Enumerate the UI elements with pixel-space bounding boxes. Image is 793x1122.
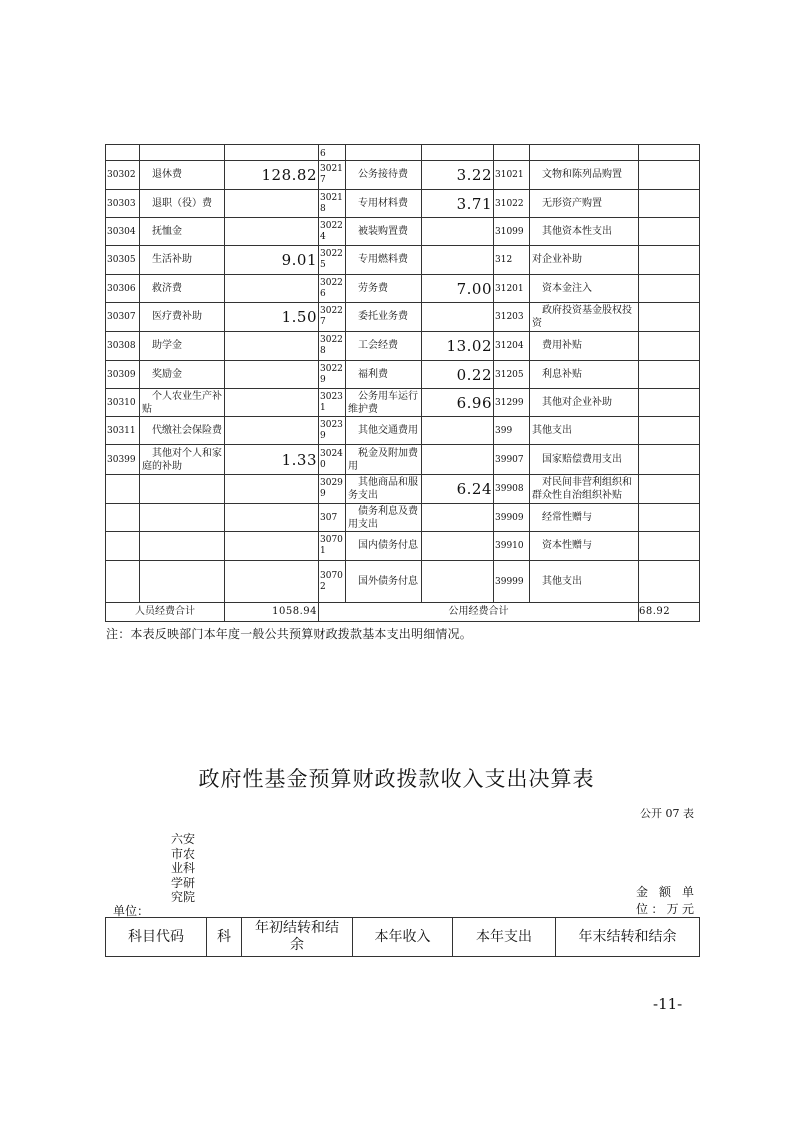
- table-row: 30399其他对个人和家庭的补助1.3330240税金及附加费用39907国家赔…: [106, 445, 700, 475]
- table-row-partial: 6: [106, 145, 700, 161]
- amount2-cell: [422, 445, 494, 475]
- name3-cell: 国家赔偿费用支出: [530, 445, 639, 475]
- table-row: 30303退职（役）费30218专用材料费3.7131022无形资产购置: [106, 190, 700, 218]
- name2-cell: 委托业务费: [346, 303, 422, 332]
- amount-cell: [225, 417, 319, 445]
- amount3-cell: [639, 332, 700, 361]
- table-row: 30702国外债务付息39999其他支出: [106, 561, 700, 603]
- name2-cell: 专用材料费: [346, 190, 422, 218]
- table-number: 公开 07 表: [640, 805, 694, 821]
- code-cell: 30305: [106, 246, 140, 275]
- amount2-cell: [422, 417, 494, 445]
- name-cell: 助学金: [140, 332, 225, 361]
- name3-cell: 无形资产购置: [530, 190, 639, 218]
- code3-cell: 39907: [494, 445, 530, 475]
- name2-cell: 被装购置费: [346, 218, 422, 246]
- code2-cell: 30218: [319, 190, 346, 218]
- unit-name: 六安市农业科学研究院: [171, 832, 199, 905]
- code2-cell: 30231: [319, 389, 346, 417]
- amount-cell: [225, 561, 319, 603]
- name2-cell: 公务用车运行维护费: [346, 389, 422, 417]
- code2-cell: 30224: [319, 218, 346, 246]
- amount3-cell: [639, 303, 700, 332]
- code2-cell: 307: [319, 504, 346, 532]
- public-total-label: 公用经费合计: [319, 603, 639, 622]
- code-cell: 30306: [106, 275, 140, 303]
- table-row: 307债务利息及费用支出39909经常性赠与: [106, 504, 700, 532]
- header-cell: 科目代码: [106, 918, 207, 957]
- amount3-cell: [639, 190, 700, 218]
- name3-cell: 其他对企业补助: [530, 389, 639, 417]
- amount-cell: [225, 389, 319, 417]
- code3-cell: 31204: [494, 332, 530, 361]
- name-cell: 救济费: [140, 275, 225, 303]
- amount3-cell: [639, 246, 700, 275]
- code-cell: 30307: [106, 303, 140, 332]
- amount-cell: [225, 332, 319, 361]
- code-cell: [106, 561, 140, 603]
- code3-cell: 31299: [494, 389, 530, 417]
- name2-cell: 国外债务付息: [346, 561, 422, 603]
- amount2-cell: 13.02: [422, 332, 494, 361]
- amount3-cell: [639, 417, 700, 445]
- code-cell: 30309: [106, 361, 140, 389]
- header-cell: 本年支出: [453, 918, 556, 957]
- name3-cell: 对民间非营利组织和群众性自治组织补贴: [530, 475, 639, 504]
- amount3-cell: [639, 445, 700, 475]
- name3-cell: 其他资本性支出: [530, 218, 639, 246]
- code2-cell: 30228: [319, 332, 346, 361]
- amount3-cell: [639, 275, 700, 303]
- code2-cell: 30217: [319, 161, 346, 190]
- name-cell: 代缴社会保险费: [140, 417, 225, 445]
- amount-cell: [225, 475, 319, 504]
- amount2-cell: 6.96: [422, 389, 494, 417]
- table-row: 30310个人农业生产补贴30231公务用车运行维护费6.9631299其他对企…: [106, 389, 700, 417]
- amount3-cell: [639, 504, 700, 532]
- amount-cell: [225, 275, 319, 303]
- name2-cell: 劳务费: [346, 275, 422, 303]
- amount2-cell: 0.22: [422, 361, 494, 389]
- table-row: 30308助学金30228工会经费13.0231204费用补贴: [106, 332, 700, 361]
- personnel-total-label: 人员经费合计: [106, 603, 225, 622]
- table-row: 30302退休费128.8230217公务接待费3.2231021文物和陈列品购…: [106, 161, 700, 190]
- name3-cell: 经常性赠与: [530, 504, 639, 532]
- code3-cell: 39909: [494, 504, 530, 532]
- code-cell: [106, 475, 140, 504]
- totals-row: 人员经费合计1058.94公用经费合计68.92: [106, 603, 700, 622]
- basic-expenditure-detail-table: 6 30302退休费128.8230217公务接待费3.2231021文物和陈列…: [105, 144, 700, 622]
- name-cell: 奖励金: [140, 361, 225, 389]
- name3-cell: 费用补贴: [530, 332, 639, 361]
- code3-cell: 31205: [494, 361, 530, 389]
- code2-cell: 30239: [319, 417, 346, 445]
- name2-cell: 福利费: [346, 361, 422, 389]
- table-row: 30307医疗费补助1.5030227委托业务费31203政府投资基金股权投资: [106, 303, 700, 332]
- amount2-cell: [422, 532, 494, 561]
- code2-cell: 30227: [319, 303, 346, 332]
- header-cell: 年末结转和结余: [556, 918, 700, 957]
- amount2-cell: 7.00: [422, 275, 494, 303]
- name2-cell: 工会经费: [346, 332, 422, 361]
- amount-cell: 1.50: [225, 303, 319, 332]
- name-cell: [140, 504, 225, 532]
- amount2-cell: [422, 504, 494, 532]
- amount-cell: [225, 218, 319, 246]
- table-row: 30309奖励金30229福利费0.2231205利息补贴: [106, 361, 700, 389]
- code2-cell: 6: [319, 145, 346, 161]
- table-note: 注：本表反映部门本年度一般公共预算财政拨款基本支出明细情况。: [106, 625, 472, 642]
- amount2-cell: 6.24: [422, 475, 494, 504]
- table-row: 30299其他商品和服务支出6.2439908对民间非营利组织和群众性自治组织补…: [106, 475, 700, 504]
- table-row: 30311代缴社会保险费30239其他交通费用399其他支出: [106, 417, 700, 445]
- name-cell: 生活补助: [140, 246, 225, 275]
- code2-cell: 30299: [319, 475, 346, 504]
- table-row: 30304抚恤金30224被装购置费31099其他资本性支出: [106, 218, 700, 246]
- code2-cell: 30225: [319, 246, 346, 275]
- code2-cell: 30702: [319, 561, 346, 603]
- name-cell: [140, 561, 225, 603]
- public-total-value: 68.92: [639, 603, 700, 622]
- code2-cell: 30701: [319, 532, 346, 561]
- code-cell: 30304: [106, 218, 140, 246]
- table-row: 30305生活补助9.0130225专用燃料费312对企业补助: [106, 246, 700, 275]
- name3-cell: 其他支出: [530, 561, 639, 603]
- amount3-cell: [639, 389, 700, 417]
- amount-unit-label: 金额单位：万元: [636, 884, 694, 918]
- name-cell: 其他对个人和家庭的补助: [140, 445, 225, 475]
- table-row: 30306救济费30226劳务费7.0031201资本金注入: [106, 275, 700, 303]
- amount3-cell: [639, 475, 700, 504]
- code-cell: 30310: [106, 389, 140, 417]
- table-header-row: 科目代码 科 年初结转和结余 本年收入 本年支出 年末结转和结余: [106, 918, 700, 957]
- amount2-cell: [422, 303, 494, 332]
- amount-cell: 9.01: [225, 246, 319, 275]
- header-cell: 科: [207, 918, 242, 957]
- header-cell: 年初结转和结余: [242, 918, 353, 957]
- name3-cell: 资本性赠与: [530, 532, 639, 561]
- code3-cell: 39999: [494, 561, 530, 603]
- name2-cell: 其他交通费用: [346, 417, 422, 445]
- name2-cell: 国内债务付息: [346, 532, 422, 561]
- code2-cell: 30226: [319, 275, 346, 303]
- table-row: 30701国内债务付息39910资本性赠与: [106, 532, 700, 561]
- name-cell: 个人农业生产补贴: [140, 389, 225, 417]
- code2-cell: 30240: [319, 445, 346, 475]
- code-cell: 30302: [106, 161, 140, 190]
- name-cell: [140, 532, 225, 561]
- code3-cell: 31099: [494, 218, 530, 246]
- amount-cell: 1.33: [225, 445, 319, 475]
- amount3-cell: [639, 361, 700, 389]
- amount-cell: [225, 190, 319, 218]
- personnel-total-value: 1058.94: [225, 603, 319, 622]
- name2-cell: 税金及附加费用: [346, 445, 422, 475]
- code2-cell: 30229: [319, 361, 346, 389]
- header-cell: 本年收入: [353, 918, 453, 957]
- gov-fund-budget-table: 科目代码 科 年初结转和结余 本年收入 本年支出 年末结转和结余: [105, 917, 700, 957]
- name3-cell: 政府投资基金股权投资: [530, 303, 639, 332]
- amount3-cell: [639, 218, 700, 246]
- name2-cell: 债务利息及费用支出: [346, 504, 422, 532]
- amount2-cell: 3.22: [422, 161, 494, 190]
- code3-cell: 31021: [494, 161, 530, 190]
- amount-cell: [225, 361, 319, 389]
- name-cell: 医疗费补助: [140, 303, 225, 332]
- amount-cell: 128.82: [225, 161, 319, 190]
- amount3-cell: [639, 532, 700, 561]
- name-cell: 抚恤金: [140, 218, 225, 246]
- amount-cell: [225, 504, 319, 532]
- amount2-cell: [422, 246, 494, 275]
- amount2-cell: [422, 218, 494, 246]
- code3-cell: 31203: [494, 303, 530, 332]
- code-cell: 30308: [106, 332, 140, 361]
- code-cell: [106, 504, 140, 532]
- name2-cell: 专用燃料费: [346, 246, 422, 275]
- code3-cell: 39908: [494, 475, 530, 504]
- name3-cell: 对企业补助: [530, 246, 639, 275]
- name3-cell: 资本金注入: [530, 275, 639, 303]
- amount3-cell: [639, 161, 700, 190]
- code3-cell: 31022: [494, 190, 530, 218]
- name3-cell: 利息补贴: [530, 361, 639, 389]
- name-cell: 退职（役）费: [140, 190, 225, 218]
- code3-cell: 399: [494, 417, 530, 445]
- code3-cell: 312: [494, 246, 530, 275]
- code3-cell: 39910: [494, 532, 530, 561]
- code-cell: [106, 532, 140, 561]
- amount-cell: [225, 532, 319, 561]
- code3-cell: 31201: [494, 275, 530, 303]
- name3-cell: 其他支出: [530, 417, 639, 445]
- code-cell: 30303: [106, 190, 140, 218]
- name2-cell: 其他商品和服务支出: [346, 475, 422, 504]
- amount2-cell: [422, 561, 494, 603]
- name2-cell: 公务接待费: [346, 161, 422, 190]
- code-cell: 30311: [106, 417, 140, 445]
- amount3-cell: [639, 561, 700, 603]
- name3-cell: 文物和陈列品购置: [530, 161, 639, 190]
- page-title: 政府性基金预算财政拨款收入支出决算表: [0, 763, 793, 793]
- name-cell: [140, 475, 225, 504]
- amount2-cell: 3.71: [422, 190, 494, 218]
- code-cell: 30399: [106, 445, 140, 475]
- page-number: -11-: [653, 995, 682, 1013]
- name-cell: 退休费: [140, 161, 225, 190]
